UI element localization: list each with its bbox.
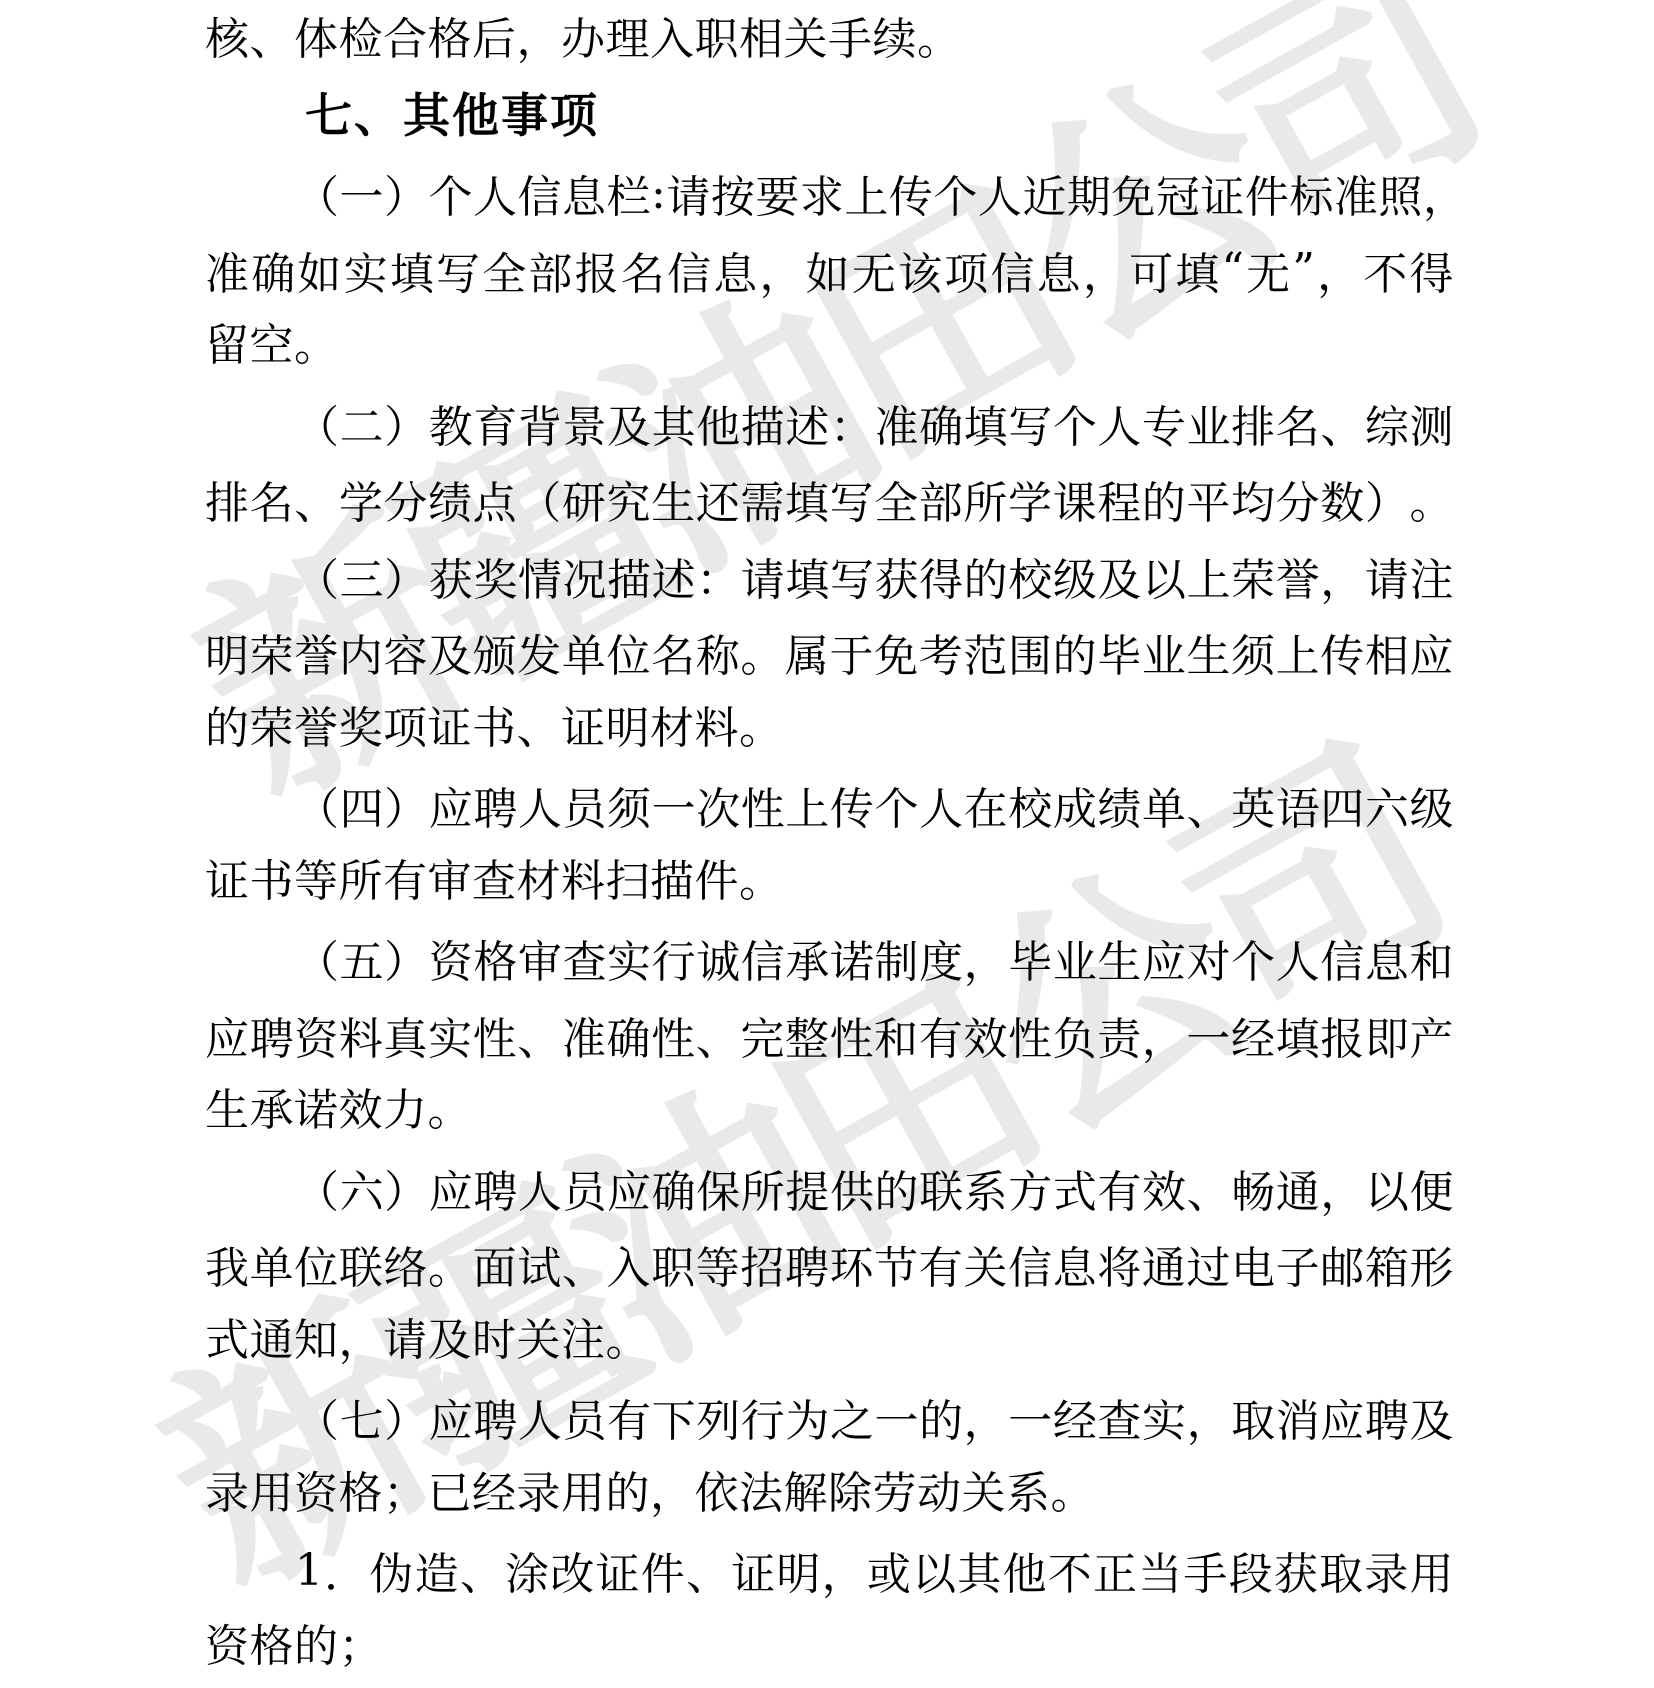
text-line: （四）应聘人员须一次性上传个人在校成绩单、英语四六级 — [205, 767, 1454, 844]
text-line: 的荣誉奖项证书、证明材料。 — [205, 691, 1454, 768]
text-line: 准确如实填写全部报名信息，如无该项信息，可填“无”，不得 — [205, 232, 1454, 309]
text-line: 排名、学分绩点（研究生还需填写全部所学课程的平均分数）。 — [205, 461, 1454, 538]
text-line: 式通知，请及时关注。 — [205, 1303, 1454, 1380]
text-line: 证书等所有审查材料扫描件。 — [205, 844, 1454, 921]
document-body: 核、体检合格后，办理入职相关手续。 七、其他事项 （一）个人信息栏:请按要求上传… — [0, 0, 1654, 1685]
text-line: 核、体检合格后，办理入职相关手续。 — [205, 2, 1454, 79]
text-line: 录用资格；已经录用的，依法解除劳动关系。 — [205, 1456, 1454, 1533]
text-line: （七）应聘人员有下列行为之一的，一经查实，取消应聘及 — [205, 1379, 1454, 1456]
text-line: 我单位联络。面试、入职等招聘环节有关信息将通过电子邮箱形 — [205, 1226, 1454, 1303]
text-line: （二）教育背景及其他描述：准确填写个人专业排名、综测 — [205, 385, 1454, 462]
text-line: 明荣誉内容及颁发单位名称。属于免考范围的毕业生须上传相应 — [205, 614, 1454, 691]
text-line: 生承诺效力。 — [205, 1073, 1454, 1150]
text-line: 应聘资料真实性、准确性、完整性和有效性负责，一经填报即产 — [205, 997, 1454, 1074]
text-line: （三）获奖情况描述：请填写获得的校级及以上荣誉，请注 — [205, 538, 1454, 615]
text-line: （六）应聘人员应确保所提供的联系方式有效、畅通，以便 — [205, 1150, 1454, 1227]
text-line: （一）个人信息栏:请按要求上传个人近期免冠证件标准照， — [205, 155, 1454, 232]
document-page: { "document": { "watermark": { "text": "… — [0, 0, 1654, 1688]
section-heading: 七、其他事项 — [205, 79, 1454, 156]
text-line: 留空。 — [205, 308, 1454, 385]
text-line: （五）资格审查实行诚信承诺制度，毕业生应对个人信息和 — [205, 920, 1454, 997]
text-line: 资格的； — [205, 1609, 1454, 1686]
text-line: 1．伪造、涂改证件、证明，或以其他不正当手段获取录用 — [205, 1532, 1454, 1609]
